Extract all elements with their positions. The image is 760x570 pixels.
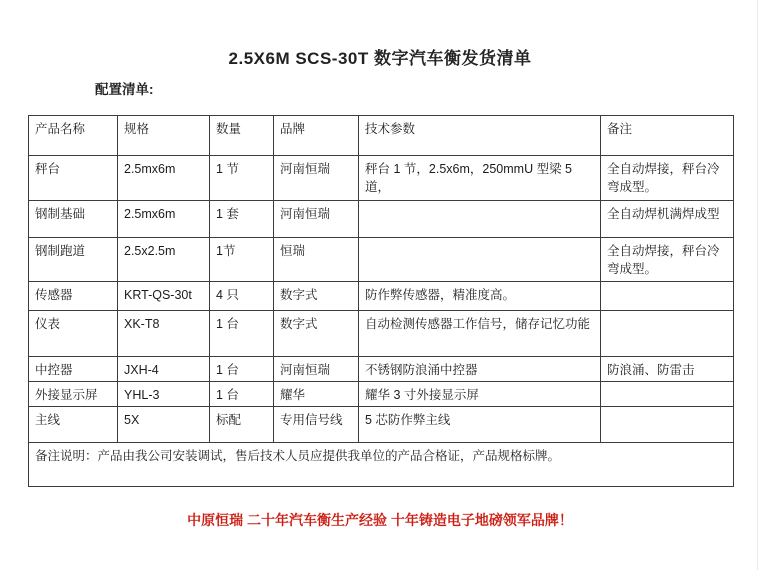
table-cell [601,407,734,443]
brand-slogan: 中原恒瑞 二十年汽车衡生产经验 十年铸造电子地磅领军品牌！ [0,510,760,530]
table-cell: 标配 [210,407,274,443]
config-list-label: 配置清单: [95,78,154,98]
table-cell: 钢制基础 [29,201,118,238]
table-cell: 全自动焊接，秤台冷弯成型。 [601,156,734,201]
table-row: 中控器 JXH-4 1 台 河南恒瑞 不锈钢防浪涌中控器 防浪涌、防雷击 [29,357,734,382]
column-header-tech-params: 技术参数 [359,116,601,156]
column-header-spec: 规格 [118,116,210,156]
table-cell: 不锈钢防浪涌中控器 [359,357,601,382]
table-cell: 自动检测传感器工作信号，储存记忆功能 [359,311,601,357]
table-cell [359,238,601,282]
table-cell [601,282,734,311]
table-cell: JXH-4 [118,357,210,382]
spec-table: 产品名称 规格 数量 品牌 技术参数 备注 秤台 2.5mx6m 1 节 河南恒… [28,115,734,487]
table-cell: 1 台 [210,357,274,382]
table-row: 钢制跑道 2.5x2.5m 1节 恒瑞 全自动焊接，秤台冷弯成型。 [29,238,734,282]
table-cell: KRT-QS-30t [118,282,210,311]
table-cell: 钢制跑道 [29,238,118,282]
column-header-brand: 品牌 [274,116,359,156]
table-cell: 2.5x2.5m [118,238,210,282]
table-cell: 2.5mx6m [118,156,210,201]
table-cell: 耀华 3 寸外接显示屏 [359,382,601,407]
table-cell [359,201,601,238]
table-cell: 传感器 [29,282,118,311]
remarks-note-cell: 备注说明：产品由我公司安装调试，售后技术人员应提供我单位的产品合格证，产品规格标… [29,443,734,487]
table-cell: 2.5mx6m [118,201,210,238]
table-cell: 防作弊传感器，精准度高。 [359,282,601,311]
table-cell: 全自动焊机满焊成型 [601,201,734,238]
table-cell: 5X [118,407,210,443]
page-title: 2.5X6M SCS-30T 数字汽车衡发货清单 [0,44,760,69]
table-row: 钢制基础 2.5mx6m 1 套 河南恒瑞 全自动焊机满焊成型 [29,201,734,238]
table-cell [601,382,734,407]
table-cell: 1 套 [210,201,274,238]
table-cell: 5 芯防作弊主线 [359,407,601,443]
table-row: 传感器 KRT-QS-30t 4 只 数字式 防作弊传感器，精准度高。 [29,282,734,311]
document-page: { "page": { "title": "2.5X6M SCS-30T 数字汽… [0,0,760,570]
table-cell: 仪表 [29,311,118,357]
table-cell: 1节 [210,238,274,282]
table-cell: 外接显示屏 [29,382,118,407]
table-cell: 4 只 [210,282,274,311]
table-row: 秤台 2.5mx6m 1 节 河南恒瑞 秤台 1 节，2.5x6m，250mmU… [29,156,734,201]
page-edge-line [757,0,758,570]
table-row: 外接显示屏 YHL-3 1 台 耀华 耀华 3 寸外接显示屏 [29,382,734,407]
table-row: 主线 5X 标配 专用信号线 5 芯防作弊主线 [29,407,734,443]
column-header-quantity: 数量 [210,116,274,156]
column-header-remarks: 备注 [601,116,734,156]
table-cell: 恒瑞 [274,238,359,282]
table-cell: 秤台 1 节，2.5x6m，250mmU 型梁 5 道， [359,156,601,201]
table-cell: 数字式 [274,282,359,311]
table-cell: 防浪涌、防雷击 [601,357,734,382]
table-cell: 数字式 [274,311,359,357]
table-cell: 全自动焊接，秤台冷弯成型。 [601,238,734,282]
table-cell: 1 台 [210,311,274,357]
table-header-row: 产品名称 规格 数量 品牌 技术参数 备注 [29,116,734,156]
table-cell: 1 节 [210,156,274,201]
table-cell: 主线 [29,407,118,443]
table-footer-row: 备注说明：产品由我公司安装调试，售后技术人员应提供我单位的产品合格证，产品规格标… [29,443,734,487]
table-cell: 中控器 [29,357,118,382]
table-cell: 秤台 [29,156,118,201]
column-header-product: 产品名称 [29,116,118,156]
table-cell [601,311,734,357]
table-cell: 河南恒瑞 [274,357,359,382]
table-row: 仪表 XK-T8 1 台 数字式 自动检测传感器工作信号，储存记忆功能 [29,311,734,357]
table-cell: 河南恒瑞 [274,201,359,238]
table-cell: YHL-3 [118,382,210,407]
table-cell: XK-T8 [118,311,210,357]
table-cell: 专用信号线 [274,407,359,443]
table-cell: 河南恒瑞 [274,156,359,201]
table-cell: 1 台 [210,382,274,407]
table-cell: 耀华 [274,382,359,407]
